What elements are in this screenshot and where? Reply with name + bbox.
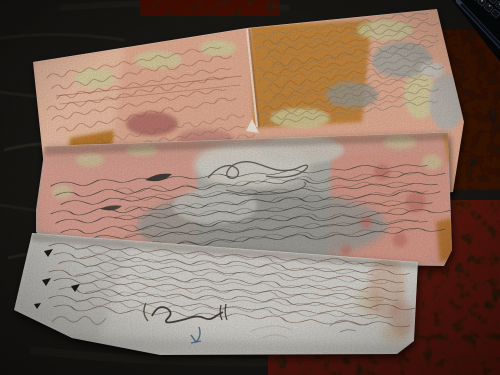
photo-of-manuscripts [0, 0, 500, 375]
grain-overlay [0, 0, 500, 375]
scene [0, 0, 500, 375]
